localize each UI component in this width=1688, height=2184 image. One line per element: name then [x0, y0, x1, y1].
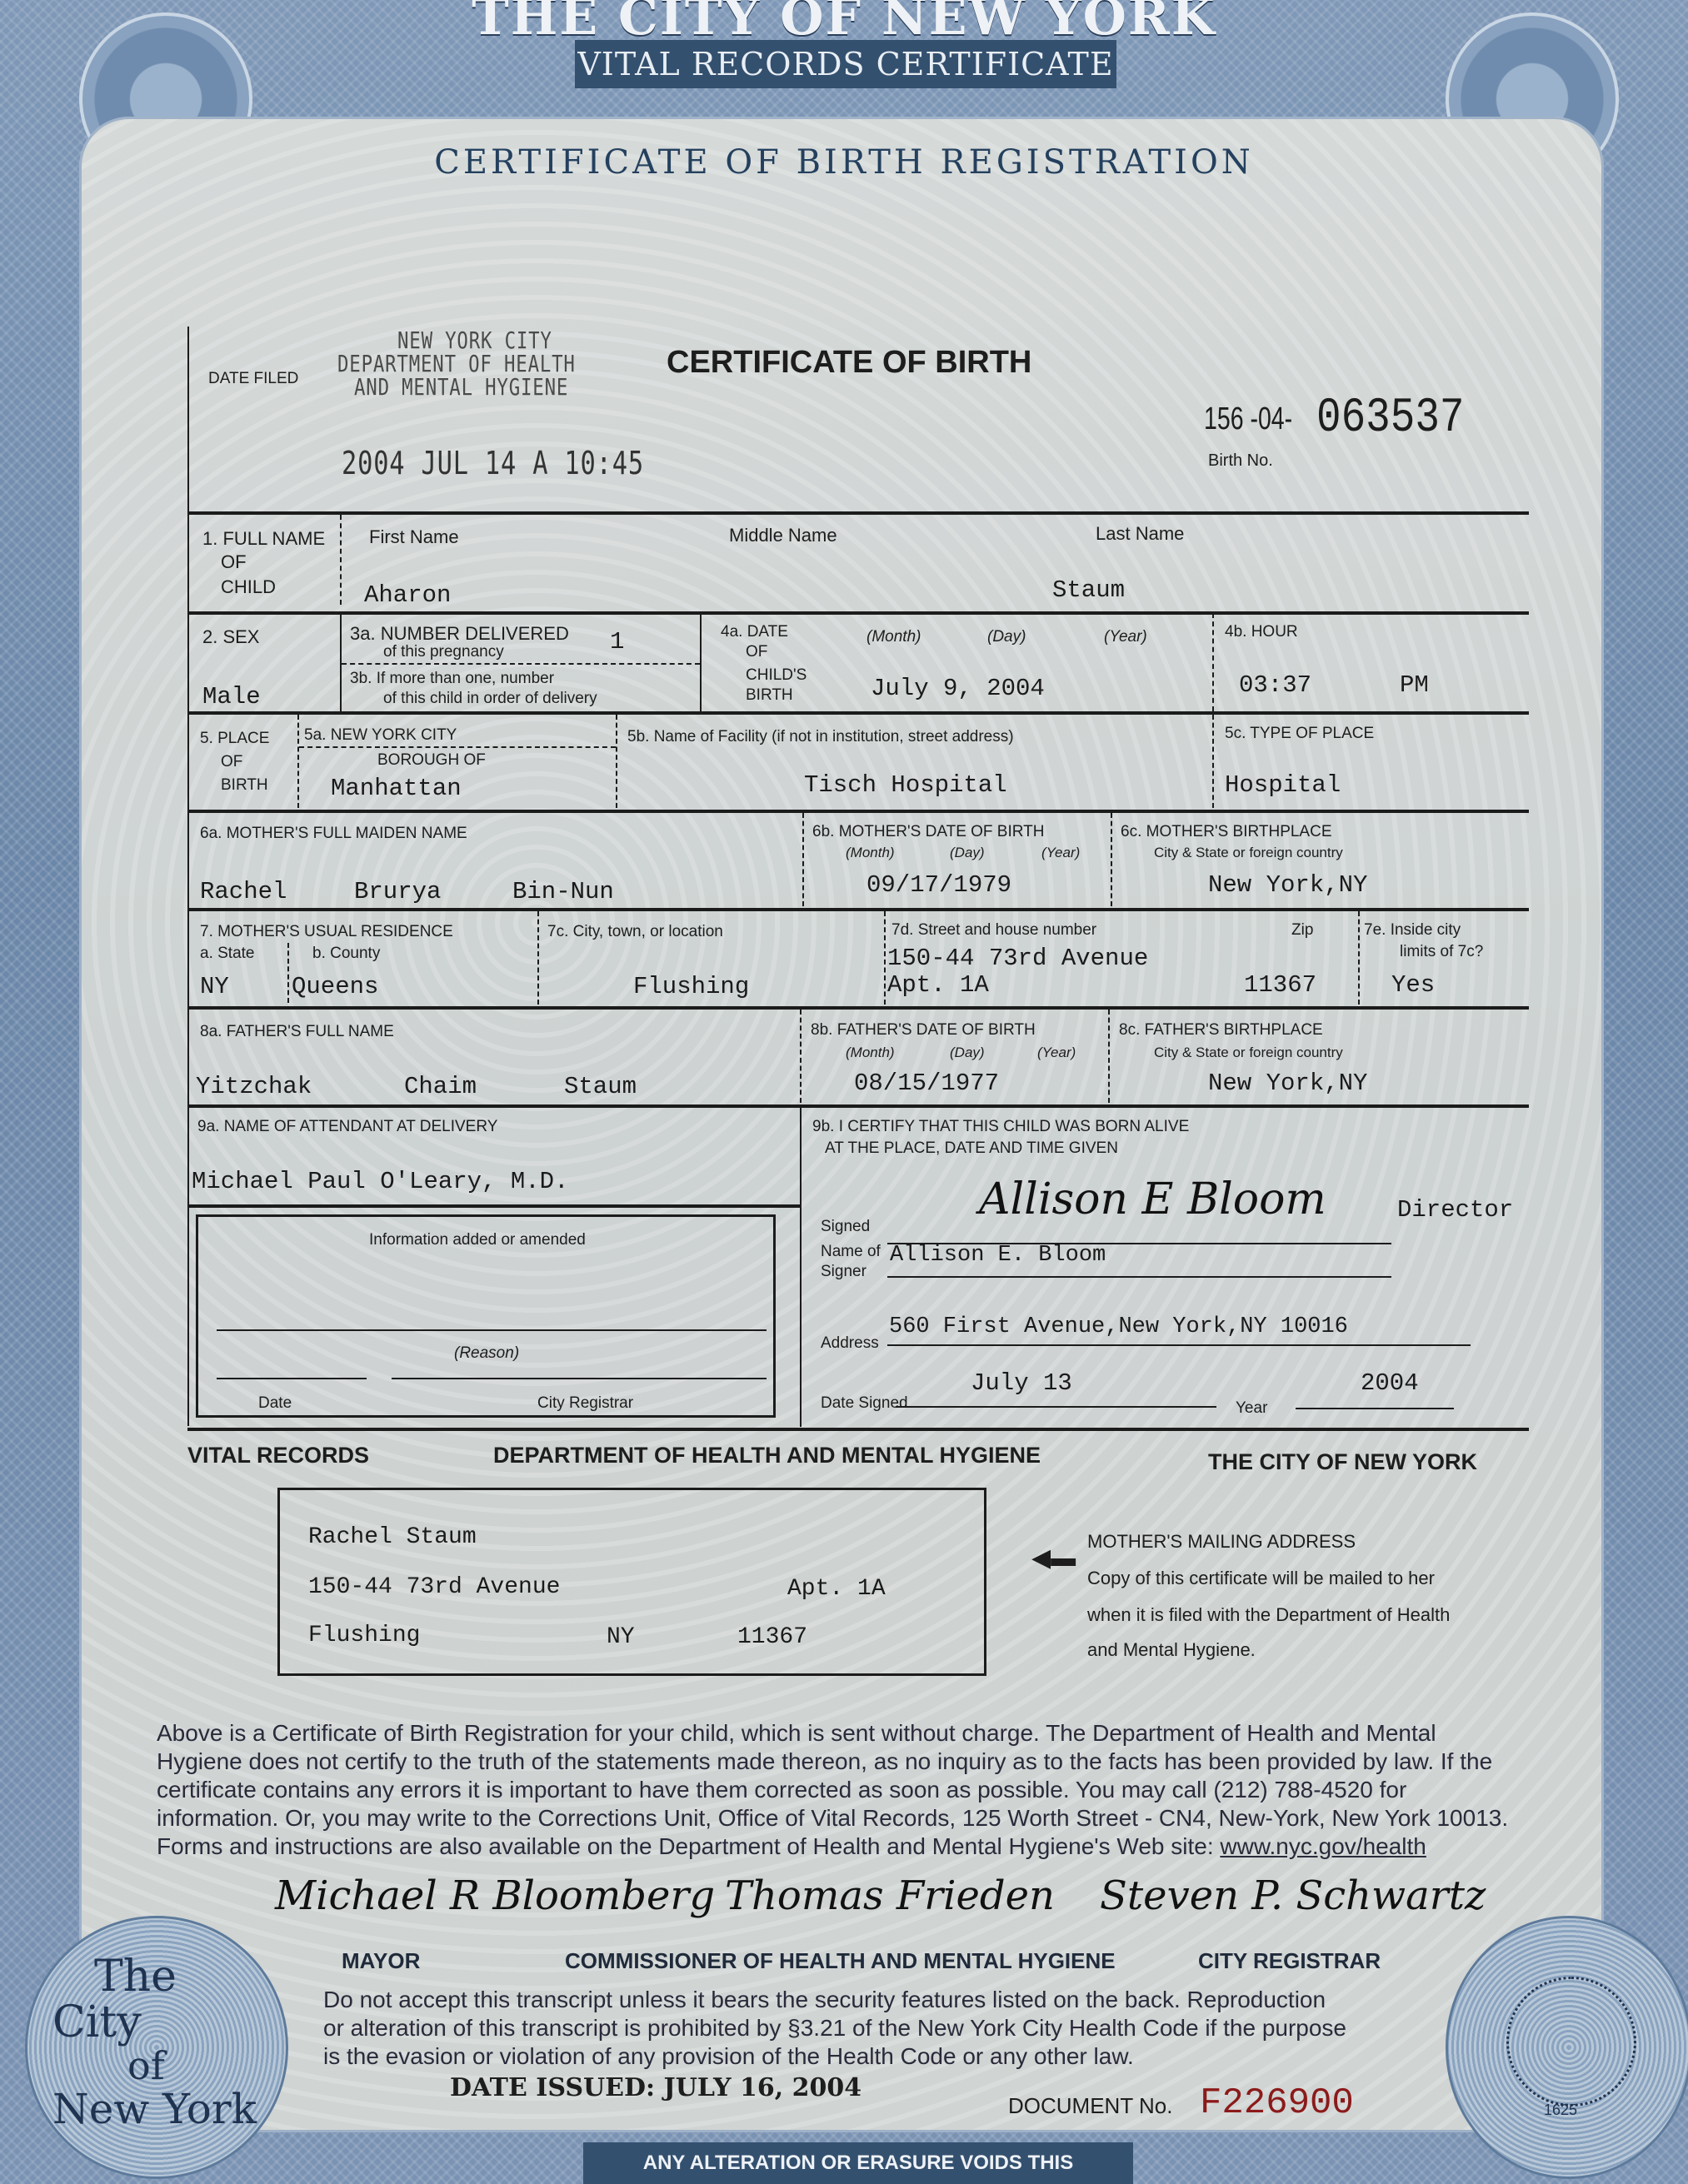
sex-label: 2. SEX	[202, 626, 259, 647]
birth-number: 063537	[1316, 391, 1465, 447]
label: 6b. MOTHER'S DATE OF BIRTH	[812, 823, 1044, 841]
document-no-label: DOCUMENT No.	[1008, 2094, 1172, 2119]
warning-line: or alteration of this transcript is proh…	[323, 2014, 1346, 2042]
mother-last-name: Bin-Nun	[512, 878, 614, 905]
father-dob: 08/15/1977	[854, 1070, 999, 1097]
label: of this pregnancy	[383, 643, 504, 661]
label: BOROUGH OF	[377, 751, 486, 770]
month-label: (Month)	[866, 628, 921, 646]
label: 6a. MOTHER'S FULL MAIDEN NAME	[200, 825, 467, 843]
seal-year: 1625	[1544, 2102, 1577, 2119]
number-delivered-value: 1	[610, 628, 624, 656]
label: 8b. FATHER'S DATE OF BIRTH	[811, 1021, 1036, 1040]
place-type-value: Hospital	[1225, 771, 1341, 799]
health-website-link[interactable]: www.nyc.gov/health	[1220, 1833, 1426, 1859]
notice-line: certificate contains any errors it is im…	[157, 1776, 1406, 1804]
label: 5b. Name of Facility (if not in institut…	[627, 728, 1014, 746]
signer-title: Director	[1397, 1196, 1513, 1224]
city-seal-icon: The City of New York	[25, 1916, 288, 2179]
day-label: (Day)	[987, 628, 1026, 646]
page-title: CERTIFICATE OF BIRTH REGISTRATION	[0, 143, 1688, 182]
notice-line: Above is a Certificate of Birth Registra…	[157, 1719, 1436, 1748]
arrow-left-icon: ◀▬	[1031, 1546, 1076, 1571]
day-label: (Day)	[950, 1045, 985, 1061]
label: Signer	[821, 1263, 866, 1281]
label: 1. FULL NAME	[202, 528, 325, 549]
inside-city-value: Yes	[1391, 971, 1435, 999]
mother-birthplace: New York,NY	[1208, 871, 1367, 899]
child-first-name: Aharon	[364, 581, 451, 609]
date-filed-label: DATE FILED	[208, 370, 298, 388]
label: City & State or foreign country	[1154, 845, 1343, 861]
year-label: (Year)	[1041, 845, 1080, 861]
notice-line: information. Or, you may write to the Co…	[157, 1804, 1508, 1832]
hour-value: 03:37	[1239, 671, 1311, 699]
label: Zip	[1291, 921, 1313, 940]
seal-text: City	[52, 1997, 142, 2047]
label: AT THE PLACE, DATE AND TIME GIVEN	[825, 1139, 1118, 1158]
seal-text: New York	[52, 2085, 257, 2133]
director-signature: Allison E Bloom	[979, 1174, 1326, 1224]
commissioner-signature: Thomas Frieden	[725, 1872, 1055, 1919]
mayor-signature: Michael R Bloomberg	[275, 1872, 715, 1919]
label: Year	[1236, 1399, 1267, 1418]
registrar-title: CITY REGISTRAR	[1198, 1949, 1381, 1974]
seal-text: The	[94, 1952, 177, 2002]
year-signed: 2004	[1361, 1369, 1419, 1397]
label: 7d. Street and house number	[891, 921, 1096, 940]
commissioner-title: COMMISSIONER OF HEALTH AND MENTAL HYGIEN…	[565, 1949, 1116, 1974]
label: 9b. I CERTIFY THAT THIS CHILD WAS BORN A…	[812, 1118, 1189, 1136]
year-label: (Year)	[1037, 1045, 1076, 1061]
mailing-name: Rachel Staum	[308, 1524, 477, 1550]
date-signed: July 13	[971, 1369, 1072, 1397]
label: 8c. FATHER'S BIRTHPLACE	[1119, 1021, 1323, 1040]
label: BIRTH	[746, 686, 793, 705]
label: OF	[221, 753, 242, 771]
document-number: F226900	[1200, 2082, 1354, 2125]
birth-no-prefix: 156 -04-	[1204, 401, 1292, 438]
label: Information added or amended	[369, 1231, 586, 1249]
label: MOTHER'S MAILING ADDRESS	[1087, 1531, 1356, 1552]
label: BIRTH	[221, 776, 268, 795]
child-dob: July 9, 2004	[871, 675, 1045, 702]
label: a. State	[200, 945, 255, 963]
facility-value: Tisch Hospital	[804, 771, 1007, 799]
registrar-signature: Steven P. Schwartz	[1100, 1872, 1486, 1919]
label: 7. MOTHER'S USUAL RESIDENCE	[200, 923, 453, 941]
mother-middle-name: Brurya	[354, 878, 441, 905]
sex-value: Male	[202, 683, 261, 711]
label: of this child in order of delivery	[383, 690, 597, 708]
vital-records-banner: VITAL RECORDS CERTIFICATE	[575, 40, 1116, 88]
label: Copy of this certificate will be mailed …	[1087, 1568, 1435, 1588]
label: 6c. MOTHER'S BIRTHPLACE	[1121, 823, 1332, 841]
hour-label: 4b. HOUR	[1225, 623, 1298, 641]
label: 3a. NUMBER DELIVERED	[350, 623, 569, 644]
label: 9a. NAME OF ATTENDANT AT DELIVERY	[197, 1118, 497, 1136]
mother-zip: 11367	[1244, 971, 1316, 999]
health-department-seal-icon: 1625	[1446, 1916, 1688, 2179]
middle-name-label: Middle Name	[729, 525, 837, 546]
label: 4a. DATE	[721, 623, 788, 641]
date-filed-stamp: 2004 JUL 14 A 10:45	[342, 445, 644, 481]
alteration-banner: ANY ALTERATION OR ERASURE VOIDS THIS CER…	[583, 2142, 1133, 2184]
department-heading: DEPARTMENT OF HEALTH AND MENTAL HYGIENE	[493, 1443, 1041, 1468]
label: Name of	[821, 1243, 881, 1261]
day-label: (Day)	[950, 845, 985, 861]
city-heading: THE CITY OF NEW YORK	[1208, 1449, 1477, 1475]
first-name-label: First Name	[369, 526, 459, 547]
father-middle-name: Chaim	[404, 1073, 477, 1100]
mailing-city: Flushing	[308, 1623, 420, 1648]
label: Signed	[821, 1218, 870, 1236]
month-label: (Month)	[846, 1045, 895, 1061]
label: 5c. TYPE OF PLACE	[1225, 725, 1374, 743]
label: 3b. If more than one, number	[350, 670, 554, 688]
mailing-apt: Apt. 1A	[787, 1576, 886, 1602]
month-label: (Month)	[846, 845, 895, 861]
label: 7c. City, town, or location	[547, 923, 723, 941]
label: City Registrar	[537, 1394, 633, 1413]
stamp-line: AND MENTAL HYGIENE	[354, 373, 568, 401]
date-issued: DATE ISSUED: JULY 16, 2004	[450, 2074, 861, 2103]
label: Address	[821, 1334, 879, 1353]
attendant-name: Michael Paul O'Leary, M.D.	[192, 1168, 568, 1195]
mother-apt: Apt. 1A	[887, 971, 989, 999]
warning-line: Do not accept this transcript unless it …	[323, 1986, 1326, 2014]
last-name-label: Last Name	[1096, 523, 1184, 544]
label: and Mental Hygiene.	[1087, 1639, 1256, 1660]
warning-line: is the evasion or violation of any provi…	[323, 2042, 1134, 2071]
mailing-street: 150-44 73rd Avenue	[308, 1574, 560, 1600]
year-label: (Year)	[1104, 628, 1147, 646]
label: when it is filed with the Department of …	[1087, 1604, 1450, 1625]
mother-county: Queens	[292, 973, 378, 1000]
signer-name: Allison E. Bloom	[890, 1243, 1106, 1268]
borough-value: Manhattan	[331, 775, 462, 802]
mother-state: NY	[200, 973, 229, 1000]
mother-street: 150-44 73rd Avenue	[887, 945, 1148, 972]
label: (Reason)	[454, 1344, 519, 1363]
father-last-name: Staum	[564, 1073, 637, 1100]
signer-address: 560 First Avenue,New York,NY 10016	[889, 1314, 1348, 1339]
label: City & State or foreign country	[1154, 1045, 1343, 1061]
label: 5a. NEW YORK CITY	[304, 726, 457, 745]
label: limits of 7c?	[1400, 943, 1483, 961]
label: OF	[221, 551, 247, 572]
label: OF	[746, 643, 767, 661]
label: b. County	[312, 945, 380, 963]
father-first-name: Yitzchak	[196, 1073, 312, 1100]
label: CHILD	[221, 576, 276, 597]
notice-line: Forms and instructions are also availabl…	[157, 1833, 1220, 1859]
mayor-title: MAYOR	[342, 1949, 420, 1974]
notice-line: Hygiene does not certify to the truth of…	[157, 1748, 1492, 1776]
form-title: CERTIFICATE OF BIRTH	[667, 345, 1031, 381]
mother-city: Flushing	[633, 973, 749, 1000]
mother-dob: 09/17/1979	[866, 871, 1011, 899]
label: 5. PLACE	[200, 730, 269, 748]
label: CHILD'S	[746, 666, 807, 685]
birth-no-label: Birth No.	[1208, 451, 1273, 471]
child-last-name: Staum	[1052, 576, 1125, 604]
label: 8a. FATHER'S FULL NAME	[200, 1023, 394, 1041]
label: 7e. Inside city	[1364, 921, 1461, 940]
father-birthplace: New York,NY	[1208, 1070, 1367, 1097]
mailing-state: NY	[607, 1624, 635, 1650]
mother-first-name: Rachel	[200, 878, 287, 905]
ampm-value: PM	[1400, 671, 1429, 699]
vital-records-heading: VITAL RECORDS	[187, 1443, 369, 1468]
mailing-zip: 11367	[737, 1624, 807, 1650]
label: Date	[258, 1394, 292, 1413]
label: Date Signed	[821, 1394, 908, 1413]
seal-text: of	[127, 2043, 165, 2088]
